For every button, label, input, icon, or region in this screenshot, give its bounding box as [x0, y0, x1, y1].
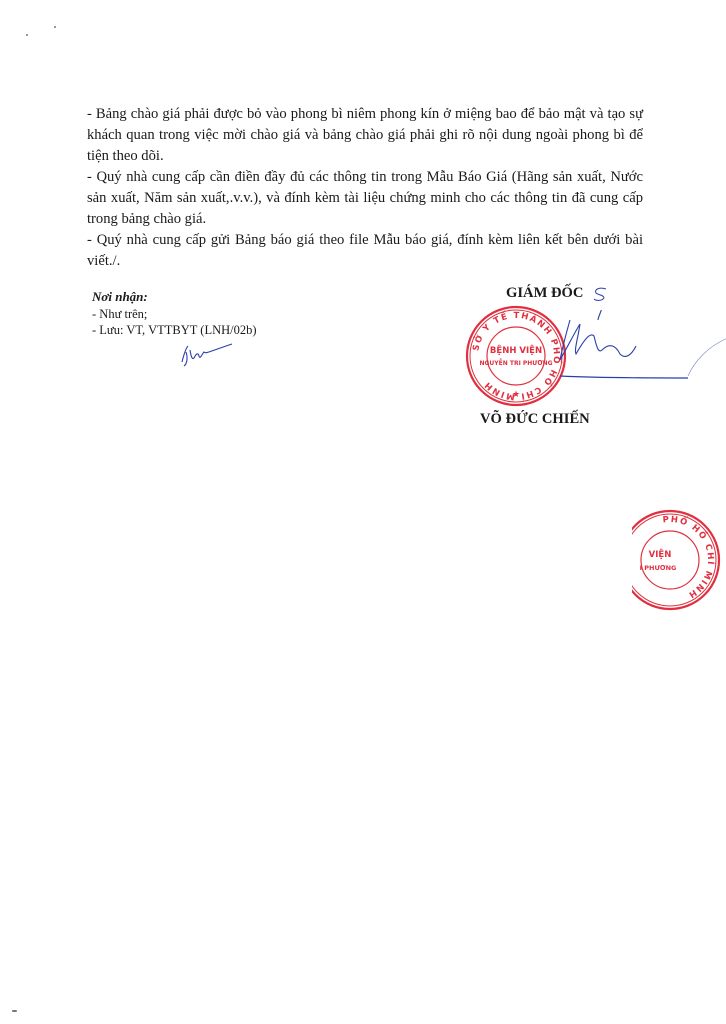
- body-paragraph: - Quý nhà cung cấp cần điền đầy đủ các t…: [87, 167, 643, 230]
- signer-position: GIÁM ĐỐC: [506, 285, 583, 302]
- body-paragraph: - Bảng chào giá phải được bỏ vào phong b…: [87, 104, 643, 167]
- recipient-item: - Lưu: VT, VTTBYT (LNH/02b): [92, 322, 257, 339]
- body-text: - Bảng chào giá phải được bỏ vào phong b…: [87, 104, 643, 272]
- partial-stamp-icon: PHỐ HỒ CHÍ MINH VIỆN I PHƯƠNG: [610, 500, 726, 620]
- document-page: - Bảng chào giá phải được bỏ vào phong b…: [0, 0, 726, 1024]
- recipients-block: Nơi nhận: - Như trên; - Lưu: VT, VTTBYT …: [92, 289, 257, 339]
- scan-speck: [54, 26, 56, 28]
- recipients-title: Nơi nhận:: [92, 289, 257, 306]
- recipient-item: - Như trên;: [92, 306, 257, 323]
- svg-text:★: ★: [512, 389, 520, 399]
- scan-speck: [12, 1010, 17, 1012]
- signer-name: VÕ ĐỨC CHIẾN: [480, 411, 590, 428]
- scan-speck: [26, 34, 28, 36]
- svg-text:BỆNH VIỆN: BỆNH VIỆN: [490, 345, 542, 356]
- partial-stamp: PHỐ HỒ CHÍ MINH VIỆN I PHƯƠNG: [610, 500, 726, 620]
- initial-mark-icon: [590, 287, 610, 303]
- director-signature-icon: [540, 310, 726, 390]
- initial-signature-icon: [176, 340, 236, 370]
- svg-text:VIỆN: VIỆN: [649, 549, 672, 560]
- svg-text:I PHƯƠNG: I PHƯƠNG: [640, 564, 677, 572]
- body-paragraph: - Quý nhà cung cấp gửi Bảng báo giá theo…: [87, 230, 643, 272]
